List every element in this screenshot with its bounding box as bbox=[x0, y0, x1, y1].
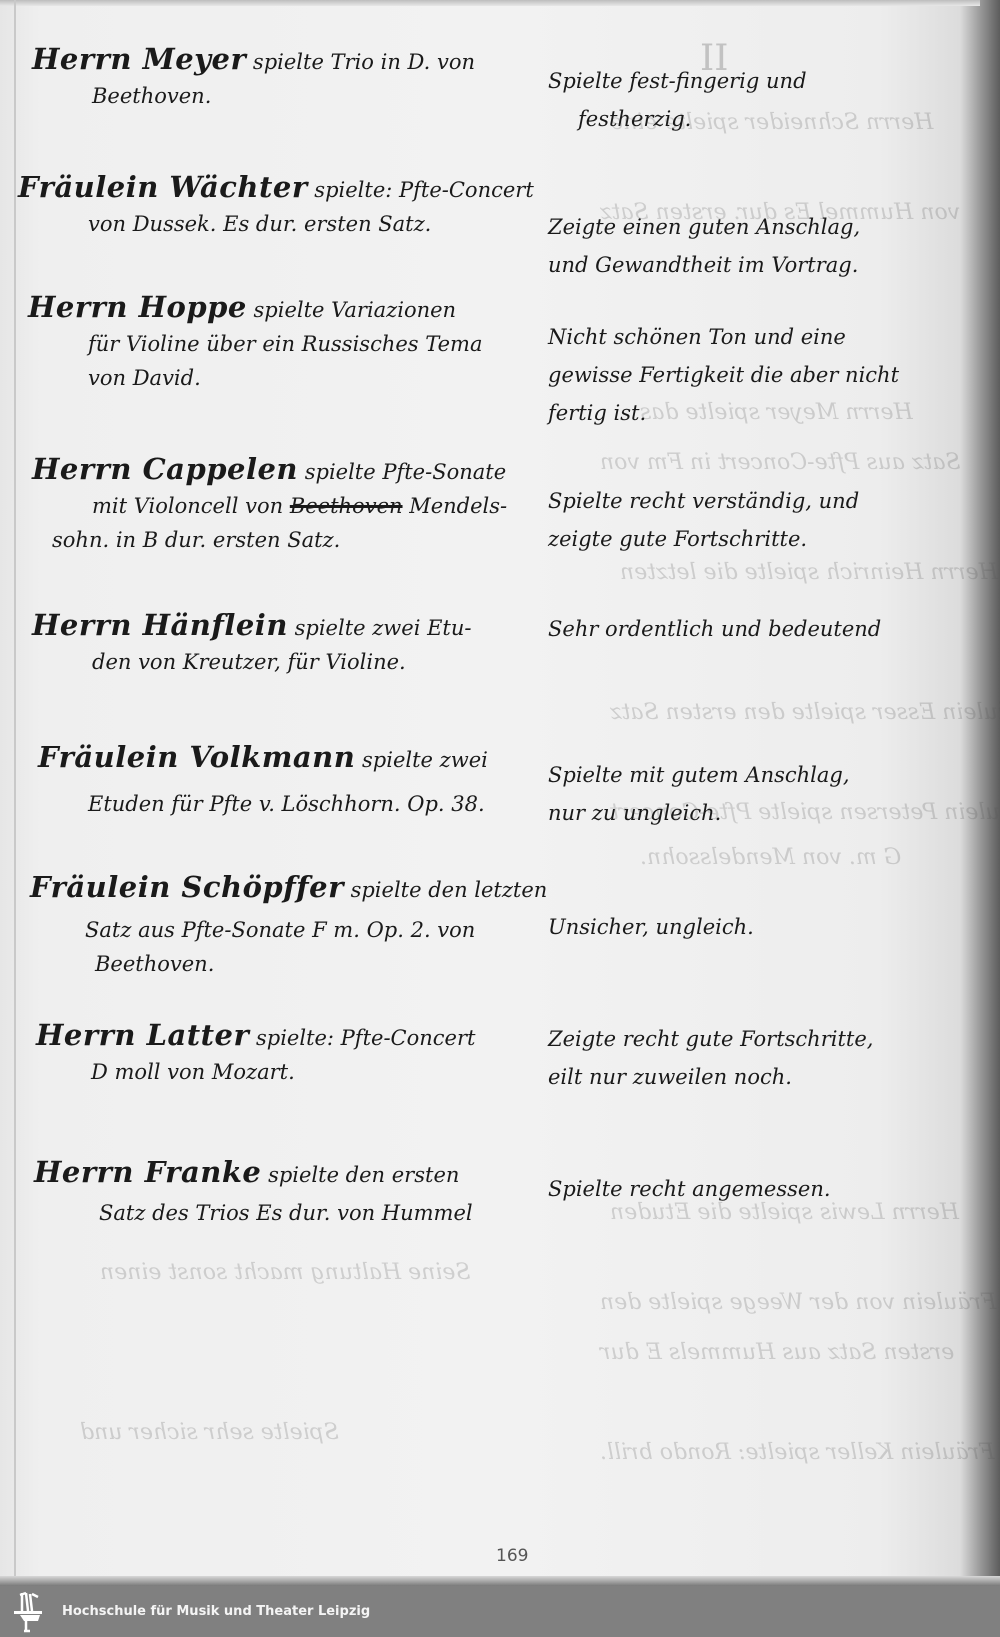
bleed-through-text: Satz aus Pfte-Concert in Fm von bbox=[600, 450, 961, 475]
entry-text: von David. bbox=[28, 361, 482, 395]
bleed-through-text: Spielte sehr sicher und bbox=[80, 1420, 339, 1445]
performer-name: Fräulein Volkmann bbox=[38, 740, 355, 774]
entry-text: D moll von Mozart. bbox=[36, 1055, 475, 1089]
remark-volkmann: Spielte mit gutem Anschlag, nur zu ungle… bbox=[548, 756, 850, 832]
entry-latter: Herrn Latter spielte: Pfte-Concert D mol… bbox=[36, 1018, 475, 1089]
remark-franke: Spielte recht angemessen. bbox=[548, 1170, 831, 1208]
entry-volkmann: Fräulein Volkmann spielte zwei Etuden fü… bbox=[38, 740, 488, 821]
bleed-through-text: ersten Satz aus Hummels E dur bbox=[600, 1340, 954, 1365]
remark-text: und Gewandtheit im Vortrag. bbox=[548, 246, 860, 284]
entry-text: spielte den ersten bbox=[268, 1163, 459, 1187]
entry-text: für Violine über ein Russisches Tema bbox=[28, 327, 482, 361]
remark-text: fertig ist. bbox=[548, 394, 899, 432]
page-bottom-edge bbox=[0, 1576, 1000, 1586]
remark-latter: Zeigte recht gute Fortschritte, eilt nur… bbox=[548, 1020, 873, 1096]
left-margin-rule bbox=[14, 0, 16, 1586]
entry-text: von Dussek. Es dur. ersten Satz. bbox=[18, 207, 534, 241]
remark-haenflein: Sehr ordentlich und bedeutend bbox=[548, 610, 881, 648]
entry-text: spielte Pfte-Sonate bbox=[305, 460, 506, 484]
remark-text: Unsicher, ungleich. bbox=[548, 908, 754, 946]
manuscript-scan: Herrn Schneider spielte eine von Hummel … bbox=[0, 0, 1000, 1586]
remark-text: gewisse Fertigkeit die aber nicht bbox=[548, 356, 899, 394]
remark-text: Sehr ordentlich und bedeutend bbox=[548, 610, 881, 648]
performer-name: Herrn Hänflein bbox=[32, 608, 288, 642]
entry-haenflein: Herrn Hänflein spielte zwei Etu- den von… bbox=[32, 608, 471, 679]
entry-text: Beethoven. bbox=[30, 947, 547, 981]
entry-text: spielte Trio in D. von bbox=[253, 50, 475, 74]
entry-schoepffer: Fräulein Schöpffer spielte den letzten S… bbox=[30, 870, 547, 981]
bleed-through-text: Fräulein Keller spielte: Rondo brill. bbox=[600, 1440, 995, 1465]
bleed-through-text: Seine Haltung macht sonst einen bbox=[100, 1260, 470, 1285]
bleed-through-text: G m. von Mendelssohn. bbox=[640, 845, 901, 870]
remark-text: zeigte gute Fortschritte. bbox=[548, 520, 859, 558]
remark-waechter: Zeigte einen guten Anschlag, und Gewandt… bbox=[548, 208, 860, 284]
entry-text: mit Violoncell von bbox=[92, 494, 283, 518]
remark-text: Zeigte recht gute Fortschritte, bbox=[548, 1020, 873, 1058]
performer-name: Fräulein Schöpffer bbox=[30, 870, 344, 904]
entry-text: sohn. in B dur. ersten Satz. bbox=[32, 523, 507, 557]
entry-text: Beethoven. bbox=[32, 79, 475, 113]
remark-text: festherzig. bbox=[548, 100, 807, 138]
remark-meyer: Spielte fest-fingerig und festherzig. bbox=[548, 62, 807, 138]
performer-name: Fräulein Wächter bbox=[18, 170, 308, 204]
hmt-leipzig-logo-icon bbox=[12, 1591, 46, 1633]
bleed-through-text: Herrn Heinrich spielte die letzten bbox=[620, 560, 998, 585]
entry-text: Satz aus Pfte-Sonate F m. Op. 2. von bbox=[30, 913, 547, 947]
entry-text: spielte zwei bbox=[362, 748, 488, 772]
entry-text: Satz des Trios Es dur. von Hummel bbox=[34, 1196, 473, 1230]
performer-name: Herrn Cappelen bbox=[32, 452, 298, 486]
remark-text: eilt nur zuweilen noch. bbox=[548, 1058, 873, 1096]
entry-hoppe: Herrn Hoppe spielte Variazionen für Viol… bbox=[28, 290, 482, 395]
remark-schoepffer: Unsicher, ungleich. bbox=[548, 908, 754, 946]
remark-hoppe: Nicht schönen Ton und eine gewisse Ferti… bbox=[548, 318, 899, 432]
entry-text: den von Kreutzer, für Violine. bbox=[32, 645, 471, 679]
entry-text: spielte: Pfte-Concert bbox=[314, 178, 533, 202]
struck-text: Beethoven bbox=[290, 494, 403, 518]
footer-bar: Hochschule für Musik und Theater Leipzig bbox=[0, 1586, 1000, 1637]
institution-name: Hochschule für Musik und Theater Leipzig bbox=[62, 1604, 370, 1619]
remark-text: Spielte recht angemessen. bbox=[548, 1170, 831, 1208]
book-binding-edge bbox=[980, 0, 1000, 1586]
entry-waechter: Fräulein Wächter spielte: Pfte-Concert v… bbox=[18, 170, 534, 241]
performer-name: Herrn Latter bbox=[36, 1018, 249, 1052]
entry-franke: Herrn Franke spielte den ersten Satz des… bbox=[34, 1155, 473, 1230]
remark-text: Nicht schönen Ton und eine bbox=[548, 318, 899, 356]
remark-text: Spielte fest-fingerig und bbox=[548, 62, 807, 100]
entry-text: Etuden für Pfte v. Löschhorn. Op. 38. bbox=[38, 787, 488, 821]
bleed-through-text: Fräulein von der Weege spielte den bbox=[600, 1290, 996, 1315]
entry-text: spielte: Pfte-Concert bbox=[256, 1026, 475, 1050]
performer-name: Herrn Meyer bbox=[32, 42, 246, 76]
remark-cappelen: Spielte recht verständig, und zeigte gut… bbox=[548, 482, 859, 558]
entry-cappelen: Herrn Cappelen spielte Pfte-Sonate mit V… bbox=[32, 452, 507, 557]
entry-text: spielte zwei Etu- bbox=[295, 616, 472, 640]
entry-meyer: Herrn Meyer spielte Trio in D. von Beeth… bbox=[32, 42, 475, 113]
remark-text: nur zu ungleich. bbox=[548, 794, 850, 832]
entry-text: spielte Variazionen bbox=[254, 298, 457, 322]
entry-text: Mendels- bbox=[409, 494, 507, 518]
remark-text: Spielte mit gutem Anschlag, bbox=[548, 756, 850, 794]
page-number: 169 bbox=[496, 1546, 528, 1566]
performer-name: Herrn Hoppe bbox=[28, 290, 247, 324]
entry-text: spielte den letzten bbox=[351, 878, 548, 902]
remark-text: Spielte recht verständig, und bbox=[548, 482, 859, 520]
page-top-edge bbox=[0, 0, 1000, 6]
bleed-through-text: Fräulein Esser spielte den ersten Satz bbox=[610, 700, 1000, 725]
remark-text: Zeigte einen guten Anschlag, bbox=[548, 208, 860, 246]
performer-name: Herrn Franke bbox=[34, 1155, 261, 1189]
